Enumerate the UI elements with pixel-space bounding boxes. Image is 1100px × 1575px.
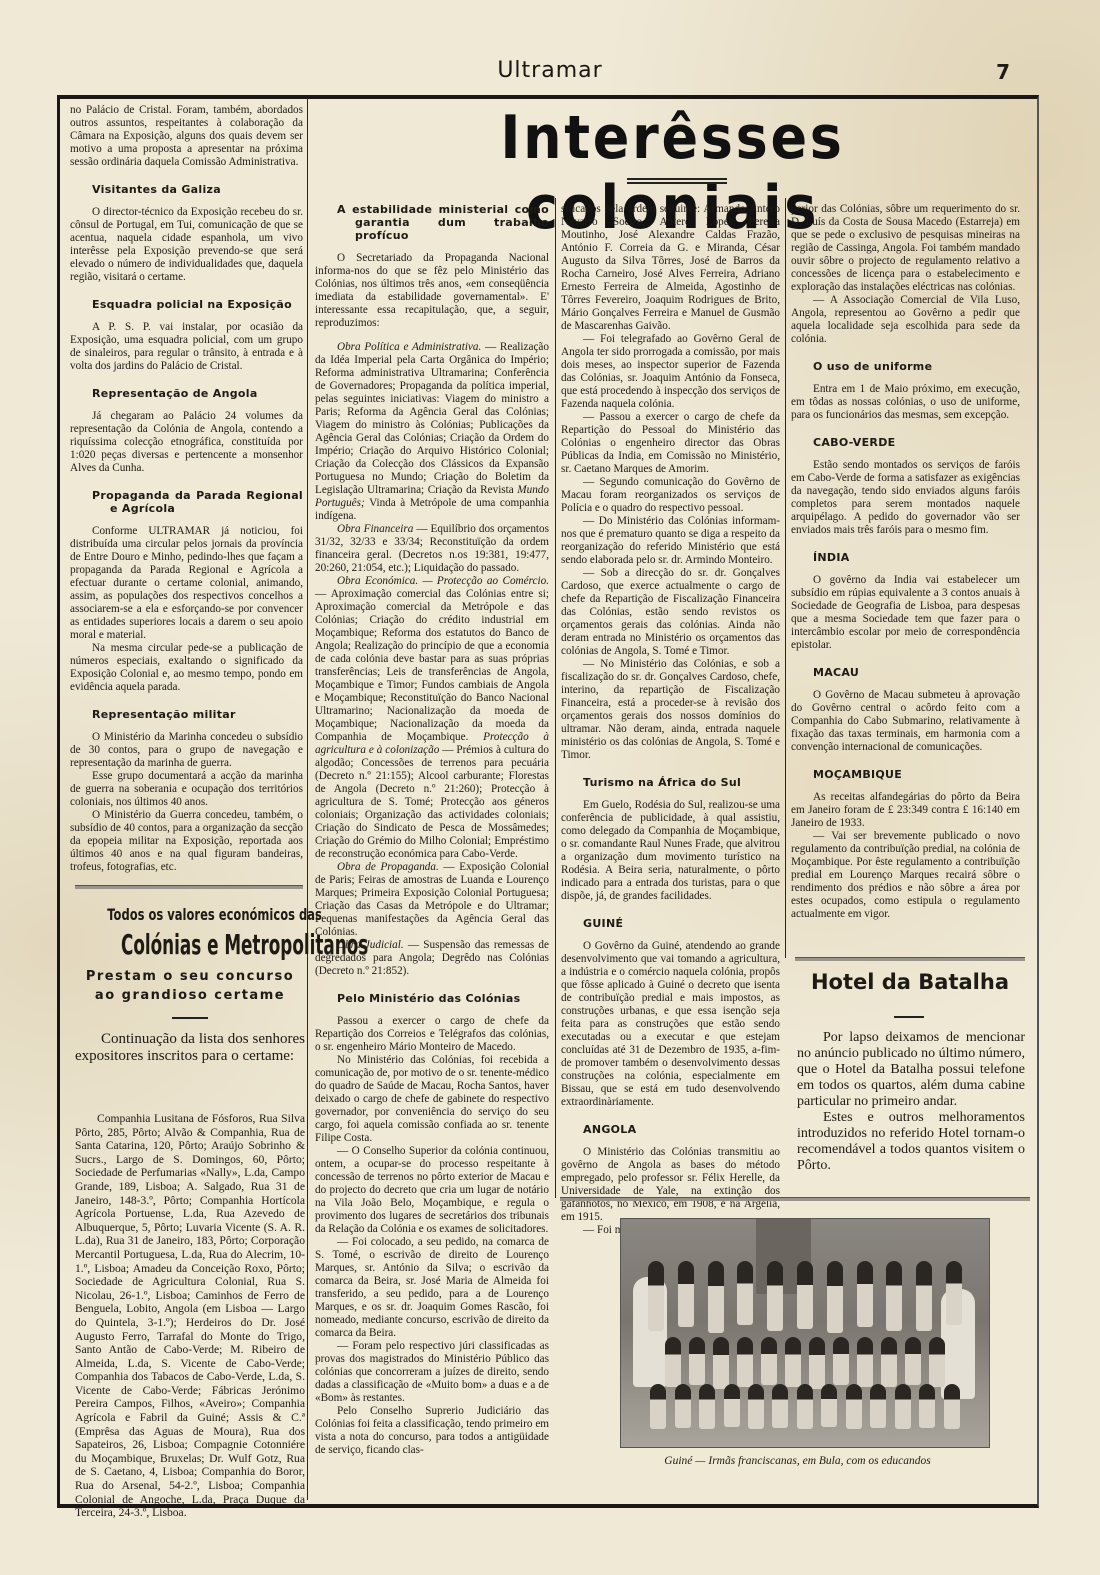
column1-intro: no Palácio de Cristal. Foram, também, ab… xyxy=(70,104,303,169)
column-rule-3 xyxy=(785,198,786,958)
paragraph: Por lapso deixamos de mencionar no anúnc… xyxy=(797,1030,1025,1110)
exhibitors-list-column: Companhia Lusitana de Fósforos, Rua Silv… xyxy=(75,1112,305,1520)
section-heading: Turismo na África do Sul xyxy=(561,776,780,789)
photo-caption: Guiné — Irmãs franciscanas, em Bula, com… xyxy=(560,1455,1035,1467)
column-3: sificados pela ordem seguinte: Armando A… xyxy=(561,203,780,1237)
exhibitors-headline: Colónias e Metropolitanos xyxy=(121,928,259,961)
section-heading: Representação militar xyxy=(70,708,303,721)
paragraph: — No Ministério das Colónias, e sob a fi… xyxy=(561,658,780,762)
photo-front-row xyxy=(646,1384,964,1434)
section-heading: ANGOLA xyxy=(561,1123,780,1136)
exhibitors-subhead-1: Prestam o seu concurso xyxy=(75,967,305,986)
section-heading: ÍNDIA xyxy=(791,551,1020,564)
column-4: perior das Colónias, sôbre um requerimen… xyxy=(791,203,1020,921)
paragraph: perior das Colónias, sôbre um requerimen… xyxy=(791,203,1020,294)
paragraph: — Foi colocado, a seu pedido, na comarca… xyxy=(315,1236,549,1340)
exhibitors-feature: Todos os valores económicos das Colónias… xyxy=(75,905,305,1065)
section-divider xyxy=(560,1197,1030,1201)
paragraph: O Govêrno de Macau submeteu à aprovação … xyxy=(791,689,1020,754)
paragraph: — O Conselho Superior da colónia continu… xyxy=(315,1145,549,1236)
paragraph: O director-técnico da Exposição recebeu … xyxy=(70,206,303,284)
paragraph: — A Associação Comercial de Vila Luso, A… xyxy=(791,294,1020,346)
exhibitors-lead: Continuação da lista dos senhores exposi… xyxy=(75,1031,305,1065)
text-proteccao: — Prémios à cultura do algodão; Concessõ… xyxy=(315,744,549,860)
paragraph: Passou a exercer o cargo de chefe da Rep… xyxy=(315,1015,549,1054)
paragraph: Estão sendo montados os serviços de faró… xyxy=(791,459,1020,537)
exhibitors-kicker: Todos os valores económicos das xyxy=(107,905,273,924)
text-obra-politica: — Realização da Idéa Imperial pela Carta… xyxy=(315,341,549,496)
paragraph: O Govêrno da Guiné, atendendo ao grande … xyxy=(561,940,780,1109)
exhibitors-list: Companhia Lusitana de Fósforos, Rua Silv… xyxy=(75,1112,305,1520)
paragraph: Em Guelo, Rodésia do Sul, realizou-se um… xyxy=(561,799,780,903)
section-heading: CABO-VERDE xyxy=(791,436,1020,449)
paragraph: No Ministério das Colónias, foi recebida… xyxy=(315,1054,549,1145)
short-rule xyxy=(894,1016,924,1018)
page-number: 7 xyxy=(996,60,1010,84)
paragraph: — Vai ser brevemente publicado o novo re… xyxy=(791,830,1020,921)
section-heading: Visitantes da Galiza xyxy=(70,183,303,196)
paragraph: O Ministério da Marinha concedeu o subsí… xyxy=(70,731,303,770)
paragraph: Já chegaram ao Palácio 24 volumes da rep… xyxy=(70,410,303,475)
paragraph: Entra em 1 de Maio próximo, em execução,… xyxy=(791,383,1020,422)
paragraph: A P. S. P. vai instalar, por ocasião da … xyxy=(70,321,303,373)
text-obra-economica: — Aproximação comercial das Colónias ent… xyxy=(315,588,549,743)
paragraph: Pelo Conselho Suprerio Judiciário das Co… xyxy=(315,1405,549,1457)
section-divider xyxy=(75,885,303,889)
title-double-rule xyxy=(627,178,727,184)
section-heading: MOÇAMBIQUE xyxy=(791,768,1020,781)
paragraph: O govêrno da India vai estabelecer um su… xyxy=(791,574,1020,652)
label-obra-propaganda: Obra de Propaganda. xyxy=(337,861,439,873)
label-obra-economica: Obra Económica. — Protecção ao Comércio. xyxy=(337,575,549,587)
section-heading: Pelo Ministério das Colónias xyxy=(315,992,549,1005)
paragraph: As receitas alfandegárias do pôrto da Be… xyxy=(791,791,1020,830)
publication-masthead: Ultramar xyxy=(0,58,1100,83)
column-2: A estabilidade ministerial como garantia… xyxy=(315,203,549,1457)
paragraph: Estes e outros melhoramentos introduzido… xyxy=(797,1110,1025,1174)
column-rule-1 xyxy=(307,97,308,1500)
section-divider xyxy=(795,957,1025,961)
section-heading: Representação de Angola xyxy=(70,387,303,400)
column-rule-2 xyxy=(555,198,556,1198)
paragraph: O Secretariado da Propaganda Nacional in… xyxy=(315,252,549,330)
paragraph: — Foram pelo respectivo júri classificad… xyxy=(315,1340,549,1405)
paragraph: sificados pela ordem seguinte: Armando A… xyxy=(561,203,780,333)
hotel-title: Hotel da Batalha xyxy=(800,970,1020,994)
label-obra-politica: Obra Política e Administrativa. xyxy=(337,341,481,353)
section-heading: A estabilidade ministerial como garantia… xyxy=(315,203,549,242)
section-heading: MACAU xyxy=(791,666,1020,679)
paragraph: Na mesma circular pede-se a publicação d… xyxy=(70,642,303,694)
short-rule xyxy=(172,1017,208,1019)
paragraph: — Passou a exercer o cargo de chefe da R… xyxy=(561,411,780,476)
paragraph: Esse grupo documentará a acção da marinh… xyxy=(70,770,303,809)
label-obra-financeira: Obra Financeira xyxy=(337,523,413,535)
column-1: no Palácio de Cristal. Foram, também, ab… xyxy=(70,104,303,874)
hotel-notice: Por lapso deixamos de mencionar no anúnc… xyxy=(797,1030,1025,1174)
paragraph: O Ministério da Guerra concedeu, também,… xyxy=(70,809,303,874)
label-obra-judicial: Obra Judicial. xyxy=(337,939,404,951)
section-heading: Propaganda da Parada Regional e Agrícola xyxy=(70,489,303,515)
section-heading: GUINÉ xyxy=(561,917,780,930)
exhibitors-subhead-2: ao grandioso certame xyxy=(75,986,305,1005)
paragraph: O Ministério das Colónias transmitiu ao … xyxy=(561,1146,780,1224)
paragraph: — Segundo comunicação do Govêrno de Maca… xyxy=(561,476,780,515)
paragraph: — Do Ministério das Colónias informam-no… xyxy=(561,515,780,567)
paragraph: — Foi telegrafado ao Govêrno Geral de An… xyxy=(561,333,780,411)
photo-franciscan-sisters-with-pupils xyxy=(620,1218,990,1448)
paragraph: Conforme ULTRAMAR já noticiou, foi distr… xyxy=(70,525,303,642)
section-heading: O uso de uniforme xyxy=(791,360,1020,373)
photo-back-row xyxy=(641,1261,969,1341)
section-heading: Esquadra policial na Exposição xyxy=(70,298,303,311)
paragraph: — Sob a direcção do sr. dr. Gonçalves Ca… xyxy=(561,567,780,658)
